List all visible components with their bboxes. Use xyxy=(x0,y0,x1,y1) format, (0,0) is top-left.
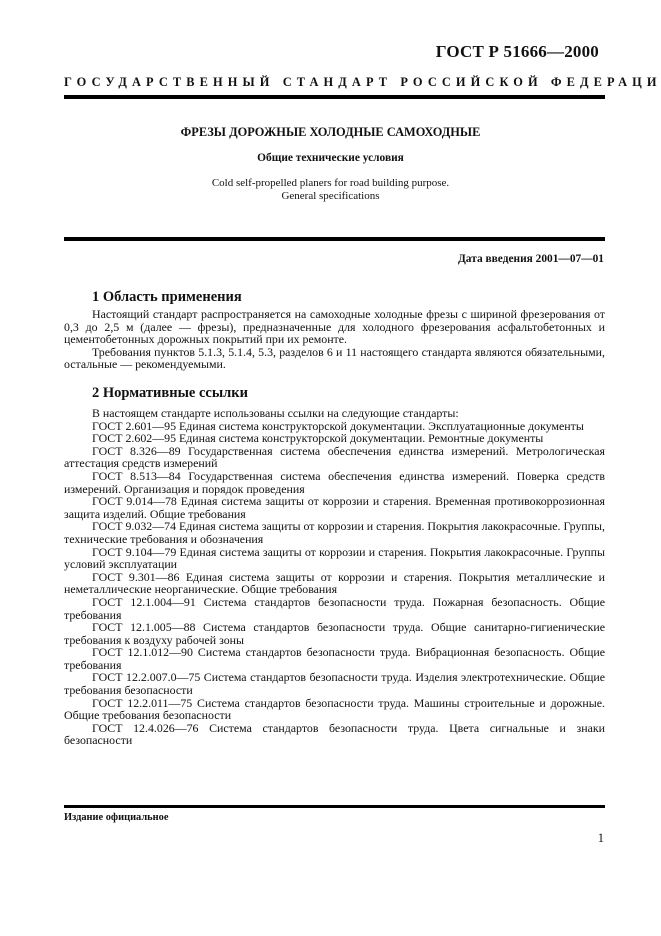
document-title: ФРЕЗЫ ДОРОЖНЫЕ ХОЛОДНЫЕ САМОХОДНЫЕ xyxy=(0,125,661,140)
english-title-line2: General specifications xyxy=(0,190,661,203)
reference-item: ГОСТ 12.2.011—75 Система стандартов безо… xyxy=(64,697,605,722)
reference-item: ГОСТ 9.014—78 Единая система защиты от к… xyxy=(64,495,605,520)
edition-label: Издание официальное xyxy=(64,812,168,823)
paragraph: В настоящем стандарте использованы ссылк… xyxy=(64,407,605,420)
section-body-scope: Настоящий стандарт распространяется на с… xyxy=(64,308,605,371)
reference-item: ГОСТ 12.1.005—88 Система стандартов безо… xyxy=(64,621,605,646)
paragraph: Требования пунктов 5.1.3, 5.1.4, 5.3, ра… xyxy=(64,346,605,371)
reference-item: ГОСТ 12.1.012—90 Система стандартов безо… xyxy=(64,646,605,671)
english-title-line1: Cold self-propelled planers for road bui… xyxy=(0,177,661,190)
reference-item: ГОСТ 12.4.026—76 Система стандартов безо… xyxy=(64,722,605,747)
section-heading-scope: 1 Область применения xyxy=(92,289,242,306)
reference-item: ГОСТ 2.602—95 Единая система конструктор… xyxy=(64,432,605,445)
reference-item: ГОСТ 8.513—84 Государственная система об… xyxy=(64,470,605,495)
gost-number: ГОСТ Р 51666—2000 xyxy=(436,42,599,62)
section-heading-references: 2 Нормативные ссылки xyxy=(92,385,248,402)
header-rule xyxy=(64,95,605,99)
document-subtitle: Общие технические условия xyxy=(0,152,661,164)
reference-item: ГОСТ 12.1.004—91 Система стандартов безо… xyxy=(64,596,605,621)
reference-item: ГОСТ 8.326—89 Государственная система об… xyxy=(64,445,605,470)
intro-date: Дата введения 2001—07—01 xyxy=(458,253,604,265)
title-rule xyxy=(64,237,605,241)
section-body-references: В настоящем стандарте использованы ссылк… xyxy=(64,407,605,747)
reference-item: ГОСТ 12.2.007.0—75 Система стандартов бе… xyxy=(64,671,605,696)
reference-item: ГОСТ 9.104—79 Единая система защиты от к… xyxy=(64,546,605,571)
reference-item: ГОСТ 9.032—74 Единая система защиты от к… xyxy=(64,520,605,545)
state-banner: ГОСУДАРСТВЕННЫЙ СТАНДАРТ РОССИЙСКОЙ ФЕДЕ… xyxy=(64,75,603,90)
english-title: Cold self-propelled planers for road bui… xyxy=(0,177,661,202)
page-number: 1 xyxy=(598,831,604,846)
paragraph: Настоящий стандарт распространяется на с… xyxy=(64,308,605,346)
footer-rule xyxy=(64,805,605,808)
reference-item: ГОСТ 9.301—86 Единая система защиты от к… xyxy=(64,571,605,596)
